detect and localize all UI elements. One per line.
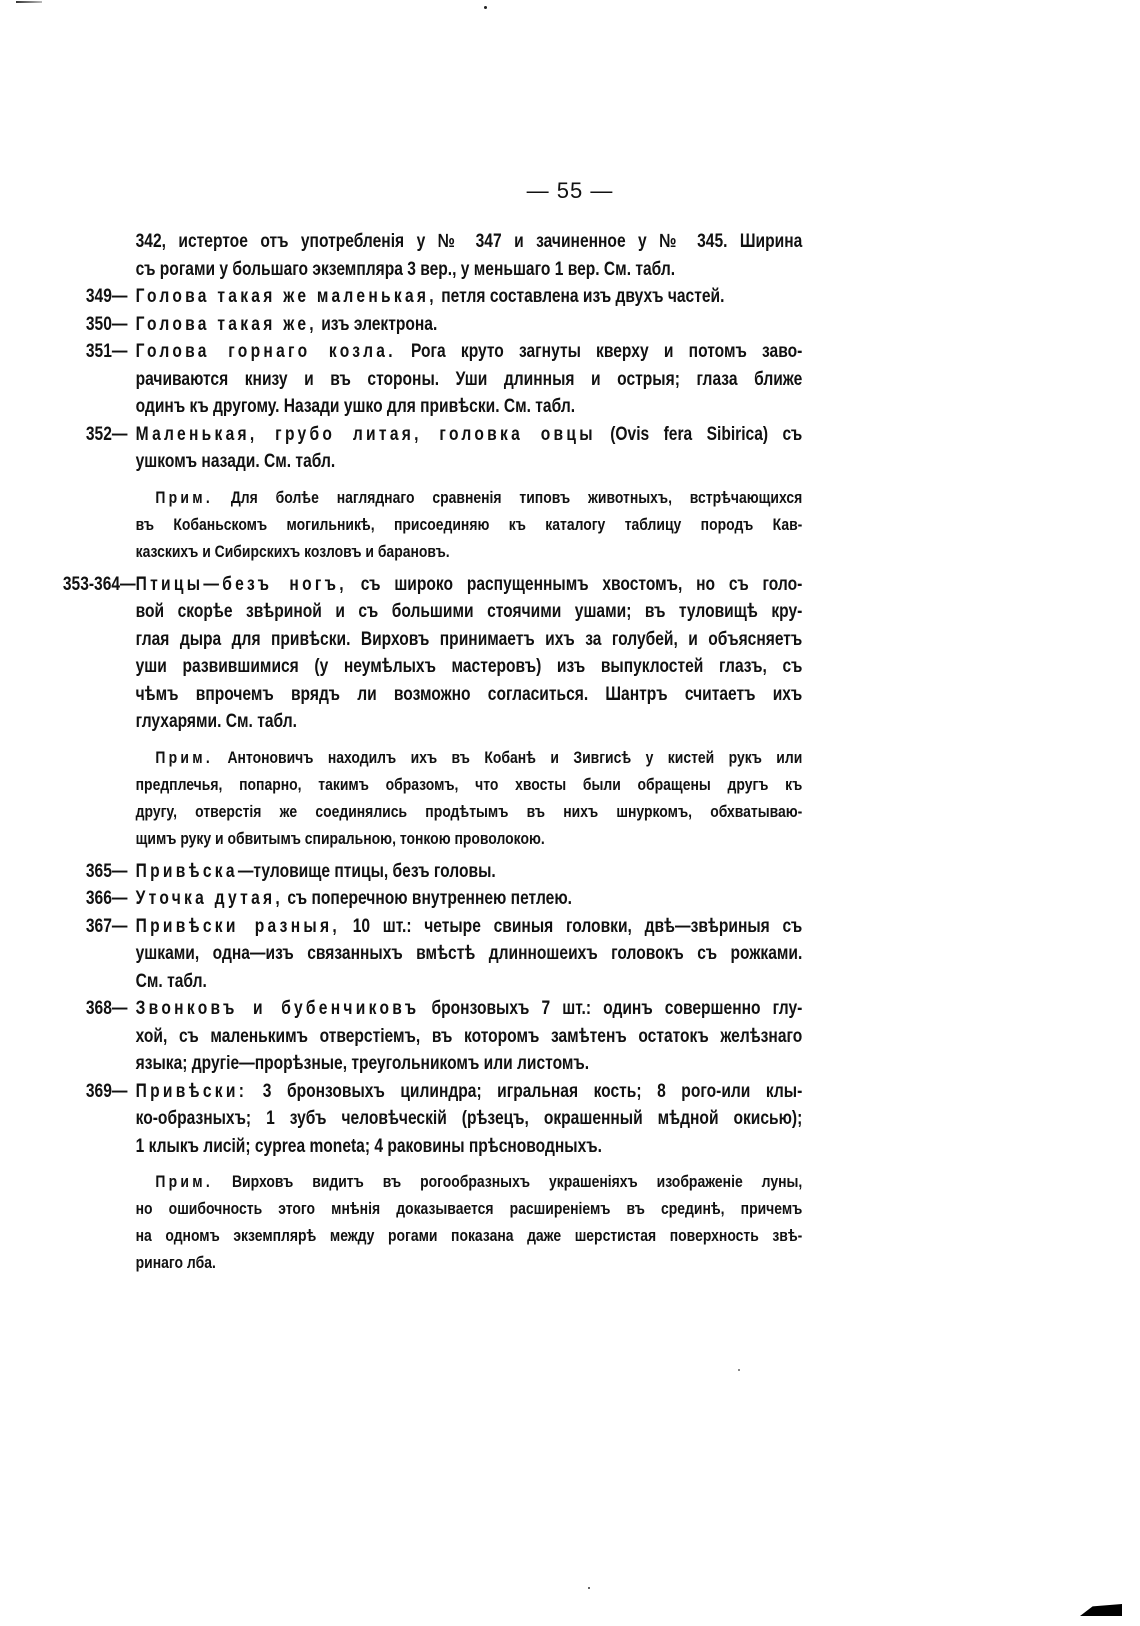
- catalog-entry-367: 367— Привѣски разныя, 10 шт.: четыре сви…: [52, 913, 802, 996]
- text-line: Прим. Вирховъ видитъ въ рогообразныхъ ук…: [136, 1168, 803, 1195]
- entry-lead: Привѣски разныя,: [136, 916, 340, 937]
- scan-artifact-dot: [588, 1587, 590, 1589]
- entry-text: (Ovis fera Sibirica) съ: [596, 424, 802, 445]
- catalog-entry-368: 368— Звонковъ и бубенчиковъ бронзовыхъ 7…: [52, 995, 802, 1078]
- text-line: Привѣска—туловище птицы, безъ головы.: [136, 858, 803, 886]
- entry-text: Рога круто загнуты кверху и потомъ заво-: [396, 341, 802, 362]
- note-label: Прим.: [155, 488, 213, 507]
- text-line: ко-образныхъ; 1 зубъ человѣческій (рѣзец…: [136, 1105, 803, 1133]
- text-line: казскихъ и Сибирскихъ козловъ и барановъ…: [136, 538, 803, 565]
- text-line: языка; другіе—прорѣзные, треугольникомъ …: [136, 1050, 803, 1078]
- entry-number: 369—: [44, 1078, 128, 1106]
- text-line: 1 клыкъ лисій; cyprea moneta; 4 раковины…: [136, 1133, 803, 1161]
- text-line: чѣмъ впрочемъ врядъ ли возможно согласит…: [136, 681, 803, 709]
- text-line: съ рогами у большаго экземпляра 3 вер., …: [136, 256, 803, 284]
- entry-number: 368—: [44, 995, 128, 1023]
- catalog-entry-351: 351— Голова горнаго козла. Рога круто за…: [52, 338, 802, 421]
- text-line: Привѣски разныя, 10 шт.: четыре свиныя г…: [136, 913, 803, 941]
- entry-number: 349—: [44, 283, 128, 311]
- scan-artifact-top-line: [16, 1, 42, 3]
- footnote-prim: Прим. Для болѣе нагляднаго сравненія тип…: [136, 484, 803, 565]
- catalog-entry-369: 369— Привѣски: 3 бронзовыхъ цилиндра; иг…: [52, 1078, 802, 1161]
- catalog-entry-353-364: 353-364— Птицы—безъ ногъ, съ широко расп…: [52, 571, 802, 736]
- note-text: Вирховъ видитъ въ рогообразныхъ украшені…: [213, 1172, 802, 1191]
- scan-artifact-dot: [484, 6, 487, 9]
- entry-lead: Голова такая же маленькая,: [136, 286, 437, 307]
- entry-lead: Птицы—безъ ногъ,: [136, 574, 347, 595]
- entry-text: 10 шт.: четыре свиныя головки, двѣ—звѣри…: [340, 916, 802, 937]
- scan-artifact-corner-mark: [1080, 1604, 1122, 1616]
- text-line: уши развившимися (у неумѣлыхъ мастеровъ)…: [136, 653, 803, 681]
- entry-lead: Голова горнаго козла.: [136, 341, 396, 362]
- catalog-entry-349: 349— Голова такая же маленькая, петля со…: [52, 283, 802, 311]
- text-line: ринаго лба.: [136, 1249, 803, 1276]
- text-line: глая дыра для привѣски. Вирховъ принимае…: [136, 626, 803, 654]
- note-label: Прим.: [155, 748, 213, 767]
- entry-lead: Уточка дутая,: [136, 888, 283, 909]
- text-line: предплечья, попарно, такимъ образомъ, чт…: [136, 771, 803, 798]
- text-line: ушкомъ назади. См. табл.: [136, 448, 803, 476]
- catalog-entry-365: 365— Привѣска—туловище птицы, безъ голов…: [52, 858, 802, 886]
- entry-lead: Голова такая же,: [136, 314, 317, 335]
- text-line: Звонковъ и бубенчиковъ бронзовыхъ 7 шт.:…: [136, 995, 803, 1023]
- text-line: рачиваются книзу и въ стороны. Уши длинн…: [136, 366, 803, 394]
- text-line: ушками, одна—изъ связанныхъ вмѣстѣ длинн…: [136, 940, 803, 968]
- page-body: 342, истертое отъ употребленія у № 347 и…: [52, 228, 802, 1282]
- text-line: Привѣски: 3 бронзовыхъ цилиндра; игральн…: [136, 1078, 803, 1106]
- catalog-entry-366: 366— Уточка дутая, съ поперечною внутрен…: [52, 885, 802, 913]
- text-line: на одномъ экземплярѣ между рогами показа…: [136, 1222, 803, 1249]
- text-line: Птицы—безъ ногъ, съ широко распущеннымъ …: [136, 571, 803, 599]
- text-line: Прим. Антоновичъ находилъ ихъ въ Кобанѣ …: [136, 744, 803, 771]
- scan-artifact-dot: [738, 1369, 740, 1371]
- entry-number: 352—: [44, 421, 128, 449]
- entry-text: 3 бронзовыхъ цилиндра; игральная кость; …: [247, 1081, 802, 1102]
- catalog-entry-continuation: 342, истертое отъ употребленія у № 347 и…: [52, 228, 802, 283]
- note-label: Прим.: [155, 1172, 213, 1191]
- text-line: Голова такая же, изъ электрона.: [136, 311, 803, 339]
- text-line: См. табл.: [136, 968, 803, 996]
- text-line: другу, отверстія же соединялись продѣтым…: [136, 798, 803, 825]
- footnote-prim: Прим. Вирховъ видитъ въ рогообразныхъ ук…: [136, 1168, 803, 1276]
- catalog-entry-352: 352— Маленькая, грубо литая, головка овц…: [52, 421, 802, 476]
- text-line: хой, съ маленькимъ отверстіемъ, въ котор…: [136, 1023, 803, 1051]
- text-line: Голова горнаго козла. Рога круто загнуты…: [136, 338, 803, 366]
- entry-number: 365—: [44, 858, 128, 886]
- text-line: Маленькая, грубо литая, головка овцы (Ov…: [136, 421, 803, 449]
- text-line: но ошибочность этого мнѣнія доказывается…: [136, 1195, 803, 1222]
- page-number: — 55 —: [0, 178, 1140, 204]
- entry-lead: Привѣски:: [136, 1081, 248, 1102]
- entry-text: бронзовыхъ 7 шт.: одинъ совершенно глу-: [419, 998, 802, 1019]
- entry-text: съ широко распущеннымъ хвостомъ, но съ г…: [347, 574, 802, 595]
- entry-lead: Привѣска: [136, 861, 238, 882]
- text-line: Прим. Для болѣе нагляднаго сравненія тип…: [136, 484, 803, 511]
- text-line: Голова такая же маленькая, петля составл…: [136, 283, 803, 311]
- text-line: щимъ руку и обвитымъ спиральною, тонкою …: [136, 825, 803, 852]
- text-line: Уточка дутая, съ поперечною внутреннею п…: [136, 885, 803, 913]
- entry-number: 351—: [44, 338, 128, 366]
- footnote-prim: Прим. Антоновичъ находилъ ихъ въ Кобанѣ …: [136, 744, 803, 852]
- text-line: одинъ къ другому. Назади ушко для привѣс…: [136, 393, 803, 421]
- entry-text: изъ электрона.: [317, 314, 437, 335]
- entry-lead: Звонковъ и бубенчиковъ: [136, 998, 420, 1019]
- note-text: Антоновичъ находилъ ихъ въ Кобанѣ и Зивг…: [213, 748, 802, 767]
- text-line: глухарями. См. табл.: [136, 708, 803, 736]
- catalog-entry-350: 350— Голова такая же, изъ электрона.: [52, 311, 802, 339]
- entry-text: петля составлена изъ двухъ частей.: [437, 286, 724, 307]
- note-text: Для болѣе нагляднаго сравненія типовъ жи…: [213, 488, 802, 507]
- entry-number: 350—: [44, 311, 128, 339]
- entry-number: 367—: [44, 913, 128, 941]
- entry-lead: Маленькая, грубо литая, головка овцы: [136, 424, 596, 445]
- text-line: вой скорѣе звѣриной и съ большими стоячи…: [136, 598, 803, 626]
- entry-number: 353-364—: [19, 571, 135, 599]
- entry-number: 366—: [44, 885, 128, 913]
- entry-text: —туловище птицы, безъ головы.: [238, 861, 496, 882]
- entry-text: съ поперечною внутреннею петлею.: [283, 888, 572, 909]
- text-line: 342, истертое отъ употребленія у № 347 и…: [136, 228, 803, 256]
- text-line: въ Кобаньскомъ могильникѣ, присоединяю к…: [136, 511, 803, 538]
